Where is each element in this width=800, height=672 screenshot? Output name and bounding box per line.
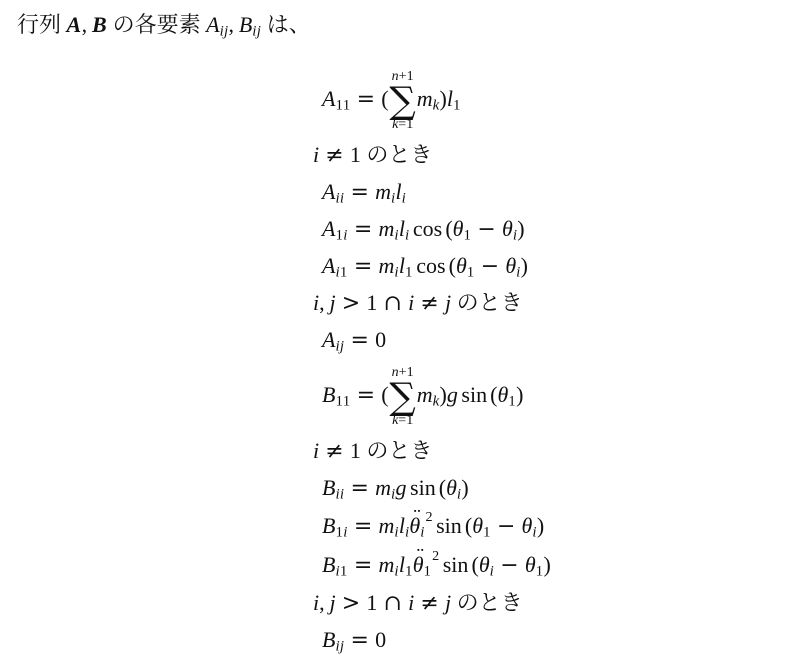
line-B1i: B1i=mili¨θi2sin(θ1−θi) <box>313 506 551 545</box>
operator: ≠ <box>325 439 343 464</box>
subscript: 1i <box>335 228 347 244</box>
operator: − <box>497 514 515 539</box>
variable: j <box>329 290 335 315</box>
operator: = <box>354 553 372 578</box>
variable: Aij <box>206 12 228 37</box>
variable: mi <box>375 179 395 204</box>
operator: − <box>481 254 499 279</box>
variable: mi <box>378 216 398 241</box>
subscript: ii <box>335 487 344 503</box>
parenthesis: ) <box>440 86 447 111</box>
variable: B11 <box>322 382 350 407</box>
theta-double-dot-squared: ¨θ12 <box>413 554 439 576</box>
variable: i <box>408 290 414 315</box>
variable-letter: m <box>417 86 433 111</box>
equation-block: A11=(n+1∑k=1mk)l1i≠1 のときAii=miliA1i=mili… <box>313 62 551 658</box>
parenthesis: ) <box>543 552 550 577</box>
text-run: のとき <box>451 590 523 615</box>
number: 1 <box>366 290 377 315</box>
subscript: 1 <box>483 525 491 541</box>
variable-letter: i <box>408 590 414 615</box>
operator: = <box>351 628 369 653</box>
subscript: 11 <box>335 394 350 410</box>
subscript: i <box>405 228 409 244</box>
math-char: 1 <box>335 394 342 410</box>
function-name: sin <box>436 513 462 538</box>
variable: θi <box>502 216 517 241</box>
variable-letter: m <box>417 382 433 407</box>
parenthesis: ( <box>439 475 446 500</box>
number: 1 <box>366 590 377 615</box>
line-cond-i-neq-1-b: i≠1 のとき <box>313 432 551 469</box>
operator: − <box>477 217 495 242</box>
parenthesis: ) <box>461 475 468 500</box>
variable: θi <box>446 475 461 500</box>
variable-letter: i <box>313 438 319 463</box>
math-char: i <box>420 525 424 541</box>
math-char: j <box>340 639 344 655</box>
subscript: ii <box>335 191 344 207</box>
subscript: 11 <box>335 98 350 114</box>
variable-letter: θ <box>479 552 490 577</box>
sigma-icon: ∑ <box>389 381 415 414</box>
math-char: = <box>398 413 406 428</box>
number: 1 <box>350 438 361 463</box>
variable-letter: A <box>322 327 335 352</box>
variable: θ1 <box>525 552 544 577</box>
subscript: 1 <box>508 394 516 410</box>
function-name: sin <box>461 382 487 407</box>
line-Ai1: Ai1=mil1cos(θ1−θi) <box>313 247 551 284</box>
variable-letter: g <box>396 475 407 500</box>
variable-letter: m <box>375 475 391 500</box>
subscript: ij <box>335 639 344 655</box>
variable-letter: j <box>329 590 335 615</box>
variable: θ1 <box>472 513 491 538</box>
variable: Bii <box>322 475 344 500</box>
line-Bii: Bii=migsin(θi) <box>313 469 551 506</box>
variable: θi <box>479 552 494 577</box>
double-dot-accent-icon: ¨ <box>417 545 424 567</box>
math-char: 1 <box>340 265 348 281</box>
bold-matrix-symbol: A <box>67 12 82 37</box>
subscript: ij <box>252 24 261 40</box>
math-char: i <box>402 191 406 207</box>
bold-matrix-symbol: B <box>92 12 107 37</box>
text-run: のとき <box>361 142 433 167</box>
variable: θ1 <box>453 216 472 241</box>
line-Aij: Aij=0 <box>313 321 551 358</box>
intro-sentence: 行列 A,B の各要素 Aij,Bij は、 <box>17 10 311 40</box>
variable: l1 <box>399 253 413 278</box>
math-char: = <box>398 117 406 132</box>
math-char: i <box>343 228 347 244</box>
operator: ∩ <box>383 591 401 616</box>
subscript: 1i <box>335 525 347 541</box>
math-char: 2 <box>432 548 439 564</box>
variable-letter: B <box>322 513 335 538</box>
number: 0 <box>375 627 386 652</box>
variable: li <box>399 216 410 241</box>
math-char: 1 <box>405 564 413 580</box>
subscript: i <box>420 525 424 541</box>
line-cond-i-neq-1-a: i≠1 のとき <box>313 136 551 173</box>
variable-letter: m <box>378 216 394 241</box>
math-char: 1 <box>406 413 413 428</box>
variable: mi <box>375 475 395 500</box>
variable: g <box>396 475 407 500</box>
operator: ∩ <box>383 291 401 316</box>
variable: j <box>329 590 335 615</box>
parenthesis: ) <box>521 253 528 278</box>
operator: > <box>342 291 360 316</box>
math-char: 1 <box>340 564 348 580</box>
operator: − <box>500 553 518 578</box>
math-char: k <box>433 394 440 410</box>
variable: θi <box>505 253 520 278</box>
operator: ≠ <box>420 291 438 316</box>
variable: Bij <box>239 12 261 37</box>
parenthesis: ) <box>440 382 447 407</box>
variable-letter: θ <box>497 382 508 407</box>
math-char: 1 <box>453 98 461 114</box>
math-char: 1 <box>405 265 413 281</box>
variable-letter: m <box>378 253 394 278</box>
variable-letter: m <box>378 513 394 538</box>
parenthesis: ( <box>449 253 456 278</box>
subscript: ij <box>335 339 344 355</box>
function-name: cos <box>413 216 442 241</box>
operator: = <box>357 383 375 408</box>
subscript: k <box>433 98 440 114</box>
punctuation: , <box>319 290 325 315</box>
summation: n+1∑k=1 <box>389 69 415 134</box>
variable: Ai1 <box>322 253 348 278</box>
punctuation: , <box>229 12 235 37</box>
variable-letter: A <box>206 12 219 37</box>
variable: θ1 <box>497 382 516 407</box>
subscript: 1 <box>463 228 471 244</box>
variable-letter: B <box>322 382 335 407</box>
operator: = <box>357 87 375 112</box>
function-name: sin <box>443 552 469 577</box>
parenthesis: ( <box>381 86 388 111</box>
parenthesis: ( <box>381 382 388 407</box>
operator: = <box>351 180 369 205</box>
subscript: 1 <box>467 265 475 281</box>
variable-letter: θ <box>456 253 467 278</box>
parenthesis: ( <box>471 552 478 577</box>
variable: i <box>408 590 414 615</box>
sum-lower-limit: k=1 <box>392 117 413 133</box>
text-run: は、 <box>261 12 311 37</box>
variable-letter: m <box>375 179 391 204</box>
subscript: i1 <box>335 265 347 281</box>
parenthesis: ) <box>517 216 524 241</box>
operator: ≠ <box>325 143 343 168</box>
math-char: i <box>340 487 344 503</box>
math-char: j <box>340 339 344 355</box>
math-char: i <box>343 525 347 541</box>
operator: = <box>354 514 372 539</box>
variable: θ1 <box>456 253 475 278</box>
variable: li <box>396 179 407 204</box>
line-cond-ij-a: i,j>1∩i≠j のとき <box>313 284 551 321</box>
variable: Aij <box>322 327 344 352</box>
sum-lower-limit: k=1 <box>392 413 413 429</box>
variable: Aii <box>322 179 344 204</box>
subscript: 1 <box>453 98 461 114</box>
parenthesis: ) <box>537 513 544 538</box>
variable-letter: j <box>329 290 335 315</box>
variable: θi <box>522 513 537 538</box>
sigma-icon: ∑ <box>389 85 415 118</box>
math-char: 1 <box>483 525 491 541</box>
operator: = <box>351 328 369 353</box>
subscript: 1 <box>405 265 413 281</box>
math-char: i <box>490 564 494 580</box>
math-char: j <box>224 24 228 40</box>
math-char: 1 <box>424 564 432 580</box>
subscript: 1 <box>424 564 432 580</box>
operator: = <box>354 254 372 279</box>
line-Aii: Aii=mili <box>313 173 551 210</box>
parenthesis: ( <box>445 216 452 241</box>
math-char: 2 <box>426 509 433 525</box>
variable-letter: θ <box>446 475 457 500</box>
subscript: i1 <box>335 564 347 580</box>
line-B11: B11=(n+1∑k=1mk)gsin(θ1) <box>313 358 551 432</box>
subscript: k <box>433 394 440 410</box>
variable: B1i <box>322 513 348 538</box>
number: 1 <box>350 142 361 167</box>
variable-letter: i <box>313 142 319 167</box>
variable: mk <box>417 382 440 407</box>
summation: n+1∑k=1 <box>389 365 415 430</box>
math-char: i <box>340 191 344 207</box>
math-char: 1 <box>343 394 351 410</box>
variable-letter: i <box>408 290 414 315</box>
variable-letter: B <box>322 552 335 577</box>
math-char: i <box>405 228 409 244</box>
operator: ≠ <box>420 591 438 616</box>
variable-letter: m <box>378 552 394 577</box>
line-Bij: Bij=0 <box>313 621 551 658</box>
variable-letter: θ <box>522 513 533 538</box>
operator: = <box>351 476 369 501</box>
variable: A11 <box>322 86 350 111</box>
variable-letter: A <box>322 216 335 241</box>
variable-letter: g <box>447 382 458 407</box>
function-name: cos <box>416 253 445 278</box>
variable-letter: θ <box>472 513 483 538</box>
variable: li <box>399 513 410 538</box>
variable-letter: θ <box>453 216 464 241</box>
punctuation: , <box>319 590 325 615</box>
math-char: 1 <box>343 98 351 114</box>
variable: mk <box>417 86 440 111</box>
variable-letter: A <box>322 86 335 111</box>
text-run: のとき <box>451 290 523 315</box>
parenthesis: ) <box>516 382 523 407</box>
variable: i <box>313 142 319 167</box>
double-dot-accent-icon: ¨ <box>413 506 420 528</box>
variable: i <box>313 438 319 463</box>
subscript: i <box>402 191 406 207</box>
text-run: の各要素 <box>107 12 206 37</box>
math-char: k <box>433 98 440 114</box>
variable: Bi1 <box>322 552 348 577</box>
subscript: i <box>490 564 494 580</box>
math-char: 1 <box>508 394 516 410</box>
line-Bi1: Bi1=mil1¨θ12sin(θi−θ1) <box>313 545 551 584</box>
variable-letter: B <box>322 627 335 652</box>
variable-letter: A <box>322 179 335 204</box>
math-char: 1 <box>467 265 475 281</box>
function-name: sin <box>410 475 436 500</box>
variable: mi <box>378 552 398 577</box>
subscript: 1 <box>405 564 413 580</box>
text-run: のとき <box>361 438 433 463</box>
number: 0 <box>375 327 386 352</box>
math-char: 1 <box>335 98 342 114</box>
variable: l1 <box>399 552 413 577</box>
operator: = <box>354 217 372 242</box>
variable-letter: B <box>239 12 252 37</box>
superscript: 2 <box>432 548 439 564</box>
variable: mi <box>378 253 398 278</box>
text-run: 行列 <box>17 12 67 37</box>
variable: Bij <box>322 627 344 652</box>
subscript: ij <box>220 24 229 40</box>
variable-letter: A <box>322 253 335 278</box>
theta-double-dot-squared: ¨θi2 <box>409 515 432 537</box>
operator: > <box>342 591 360 616</box>
document-page: 行列 A,B の各要素 Aij,Bij は、 A11=(n+1∑k=1mk)l1… <box>0 0 800 672</box>
variable: g <box>447 382 458 407</box>
variable: mi <box>378 513 398 538</box>
line-A11: A11=(n+1∑k=1mk)l1 <box>313 62 551 136</box>
math-char: 1 <box>463 228 471 244</box>
line-cond-ij-b: i,j>1∩i≠j のとき <box>313 584 551 621</box>
variable-letter: θ <box>525 552 536 577</box>
variable-letter: θ <box>502 216 513 241</box>
variable-letter: B <box>322 475 335 500</box>
punctuation: , <box>82 12 88 37</box>
variable-letter: θ <box>505 253 516 278</box>
superscript: 2 <box>426 509 433 525</box>
variable: A1i <box>322 216 348 241</box>
math-char: 1 <box>406 117 413 132</box>
line-A1i: A1i=milicos(θ1−θi) <box>313 210 551 247</box>
variable: l1 <box>447 86 461 111</box>
